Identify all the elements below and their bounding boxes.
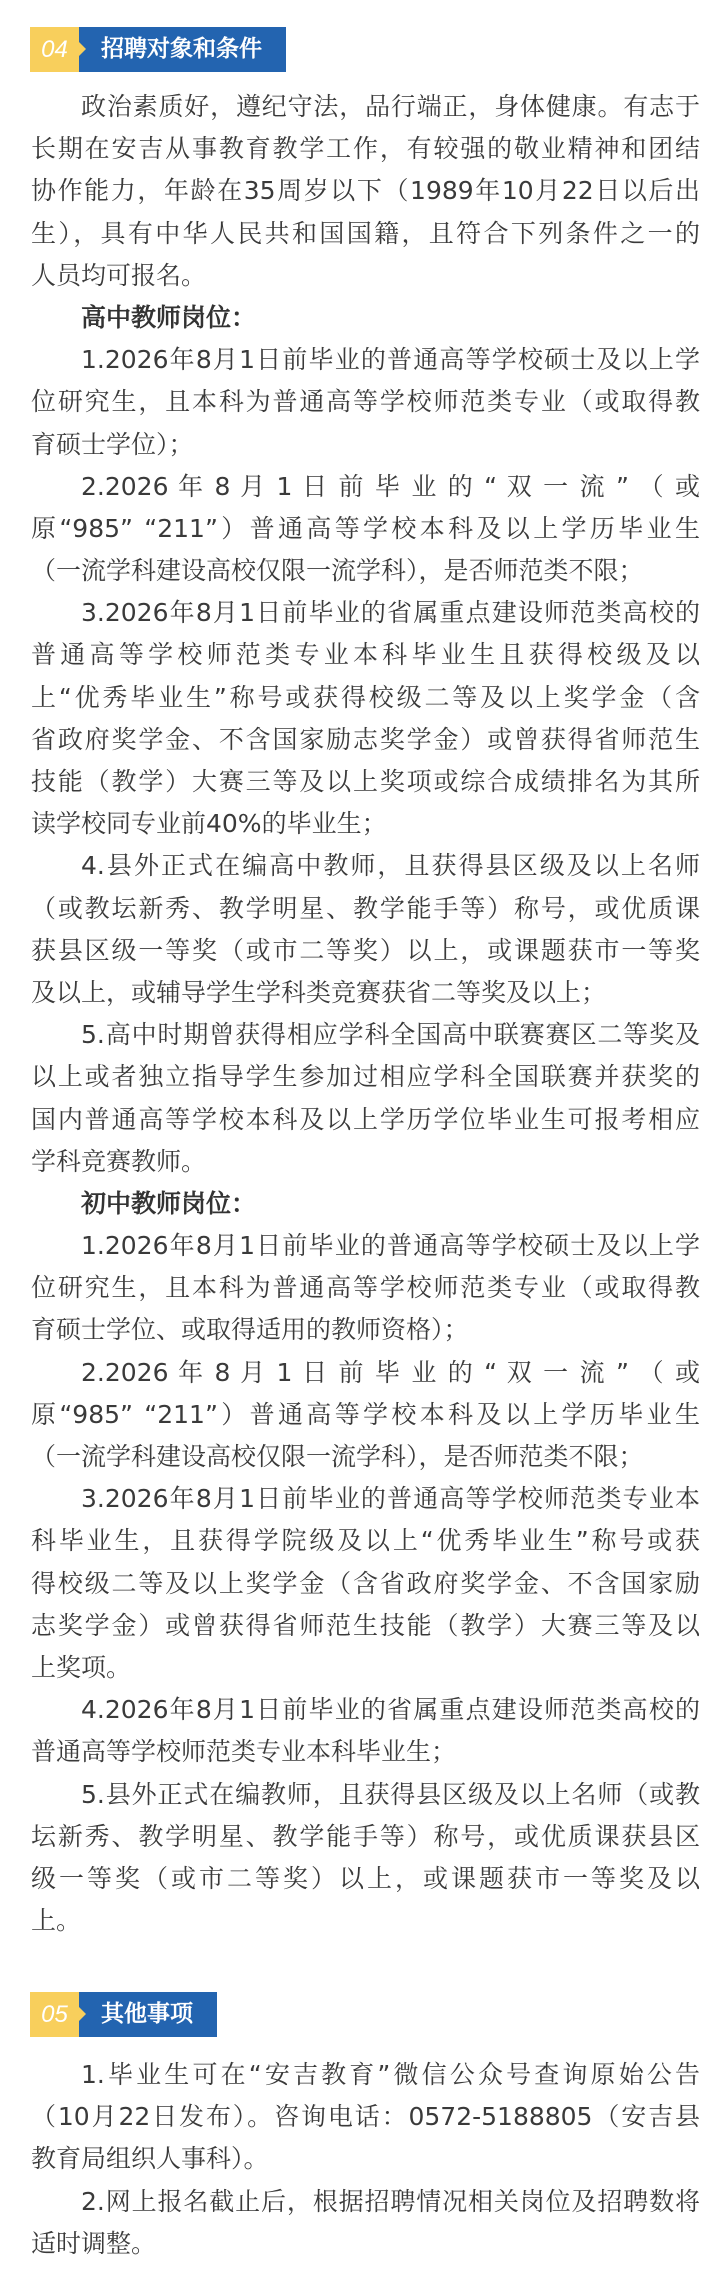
paragraph-line: （一流学科建设高校仅限一流学科），是否师范类不限； <box>31 550 700 592</box>
paragraph-line: 3.2026年8月1日前毕业的普通高等学校师范类专业本 <box>31 1478 700 1520</box>
paragraph-line: 普通高等学校师范类专业本科毕业生； <box>31 1731 700 1773</box>
paragraph-line: 人员均可报名。 <box>31 255 700 297</box>
paragraph-line: 学科竞赛教师。 <box>31 1141 700 1183</box>
paragraph-line: （一流学科建设高校仅限一流学科），是否师范类不限； <box>31 1436 700 1478</box>
paragraph-line: 政治素质好，遵纪守法，品行端正，身体健康。有志于 <box>31 86 700 128</box>
paragraph-line: 育硕士学位）； <box>31 424 700 466</box>
paragraph-line: 坛新秀、教学明星、教学能手等）称号，或优质课获县区 <box>31 1816 700 1858</box>
paragraph-line: 1.2026年8月1日前毕业的普通高等学校硕士及以上学 <box>31 339 700 381</box>
paragraph-line: 上。 <box>31 1900 700 1942</box>
paragraph-line: 志奖学金）或曾获得省师范生技能（教学）大赛三等及以 <box>31 1605 700 1647</box>
paragraph-line: 1.毕业生可在“安吉教育”微信公众号查询原始公告 <box>31 2054 700 2096</box>
paragraph-line: （或教坛新秀、教学明星、教学能手等）称号，或优质课 <box>31 888 700 930</box>
section-title: 其他事项 <box>79 1992 217 2037</box>
paragraph-line: 适时调整。 <box>31 2223 700 2265</box>
paragraph-line: 上“优秀毕业生”称号或获得校级二等及以上奖学金（含 <box>31 677 700 719</box>
paragraph-line: 生），具有中华人民共和国国籍，且符合下列条件之一的 <box>31 213 700 255</box>
paragraph-line: 长期在安吉从事教育教学工作，有较强的敬业精神和团结 <box>31 128 700 170</box>
paragraph-line: 国内普通高等学校本科及以上学历学位毕业生可报考相应 <box>31 1099 700 1141</box>
paragraph-line: 4.2026年8月1日前毕业的省属重点建设师范类高校的 <box>31 1689 700 1731</box>
paragraph-line: 读学校同专业前40%的毕业生； <box>31 803 700 845</box>
paragraph-line: 省政府奖学金、不含国家励志奖学金）或曾获得省师范生 <box>31 719 700 761</box>
subsection-heading: 初中教师岗位： <box>31 1183 700 1225</box>
paragraph-line: 科毕业生，且获得学院级及以上“优秀毕业生”称号或获 <box>31 1520 700 1562</box>
section-number-badge: 04 <box>30 27 79 72</box>
paragraph-line: 上奖项。 <box>31 1647 700 1689</box>
paragraph-line: 普通高等学校师范类专业本科毕业生且获得校级及以 <box>31 634 700 676</box>
paragraph-line: 技能（教学）大赛三等及以上奖项或综合成绩排名为其所 <box>31 761 700 803</box>
section-body-05: 1.毕业生可在“安吉教育”微信公众号查询原始公告（10月22日发布）。咨询电话：… <box>31 2054 700 2265</box>
paragraph-line: 3.2026年8月1日前毕业的省属重点建设师范类高校的 <box>31 592 700 634</box>
paragraph-line: 2.2026 年 8 月 1 日 前 毕 业 的 “ 双 一 流 ” （ 或 <box>31 466 700 508</box>
section-header-04: 04 招聘对象和条件 <box>30 27 286 72</box>
paragraph-line: 以上或者独立指导学生参加过相应学科全国联赛并获奖的 <box>31 1056 700 1098</box>
paragraph-line: 教育局组织人事科）。 <box>31 2138 700 2180</box>
section-body-04: 政治素质好，遵纪守法，品行端正，身体健康。有志于长期在安吉从事教育教学工作，有较… <box>31 86 700 1942</box>
paragraph-line: 5.高中时期曾获得相应学科全国高中联赛赛区二等奖及 <box>31 1014 700 1056</box>
paragraph-line: 获县区级一等奖（或市二等奖）以上，或课题获市一等奖 <box>31 930 700 972</box>
subsection-heading: 高中教师岗位： <box>31 297 700 339</box>
paragraph-line: 协作能力，年龄在35周岁以下（1989年10月22日以后出 <box>31 170 700 212</box>
paragraph-line: 位研究生，且本科为普通高等学校师范类专业（或取得教 <box>31 1267 700 1309</box>
paragraph-line: 2.2026 年 8 月 1 日 前 毕 业 的 “ 双 一 流 ” （ 或 <box>31 1352 700 1394</box>
paragraph-line: 育硕士学位、或取得适用的教师资格）； <box>31 1309 700 1351</box>
paragraph-line: 原“985” “211”）普通高等学校本科及以上学历毕业生 <box>31 508 700 550</box>
paragraph-line: 2.网上报名截止后，根据招聘情况相关岗位及招聘数将 <box>31 2181 700 2223</box>
paragraph-line: 得校级二等及以上奖学金（含省政府奖学金、不含国家励 <box>31 1563 700 1605</box>
paragraph-line: 4.县外正式在编高中教师，且获得县区级及以上名师 <box>31 845 700 887</box>
paragraph-line: 位研究生，且本科为普通高等学校师范类专业（或取得教 <box>31 381 700 423</box>
paragraph-line: 5.县外正式在编教师，且获得县区级及以上名师（或教 <box>31 1774 700 1816</box>
paragraph-line: （10月22日发布）。咨询电话：0572-5188805（安吉县 <box>31 2096 700 2138</box>
paragraph-line: 原“985” “211”）普通高等学校本科及以上学历毕业生 <box>31 1394 700 1436</box>
paragraph-line: 1.2026年8月1日前毕业的普通高等学校硕士及以上学 <box>31 1225 700 1267</box>
paragraph-line: 及以上，或辅导学生学科类竞赛获省二等奖及以上； <box>31 972 700 1014</box>
section-header-05: 05 其他事项 <box>30 1992 217 2037</box>
section-number-badge: 05 <box>30 1992 79 2037</box>
paragraph-line: 级一等奖（或市二等奖）以上，或课题获市一等奖及以 <box>31 1858 700 1900</box>
section-title: 招聘对象和条件 <box>79 27 286 72</box>
